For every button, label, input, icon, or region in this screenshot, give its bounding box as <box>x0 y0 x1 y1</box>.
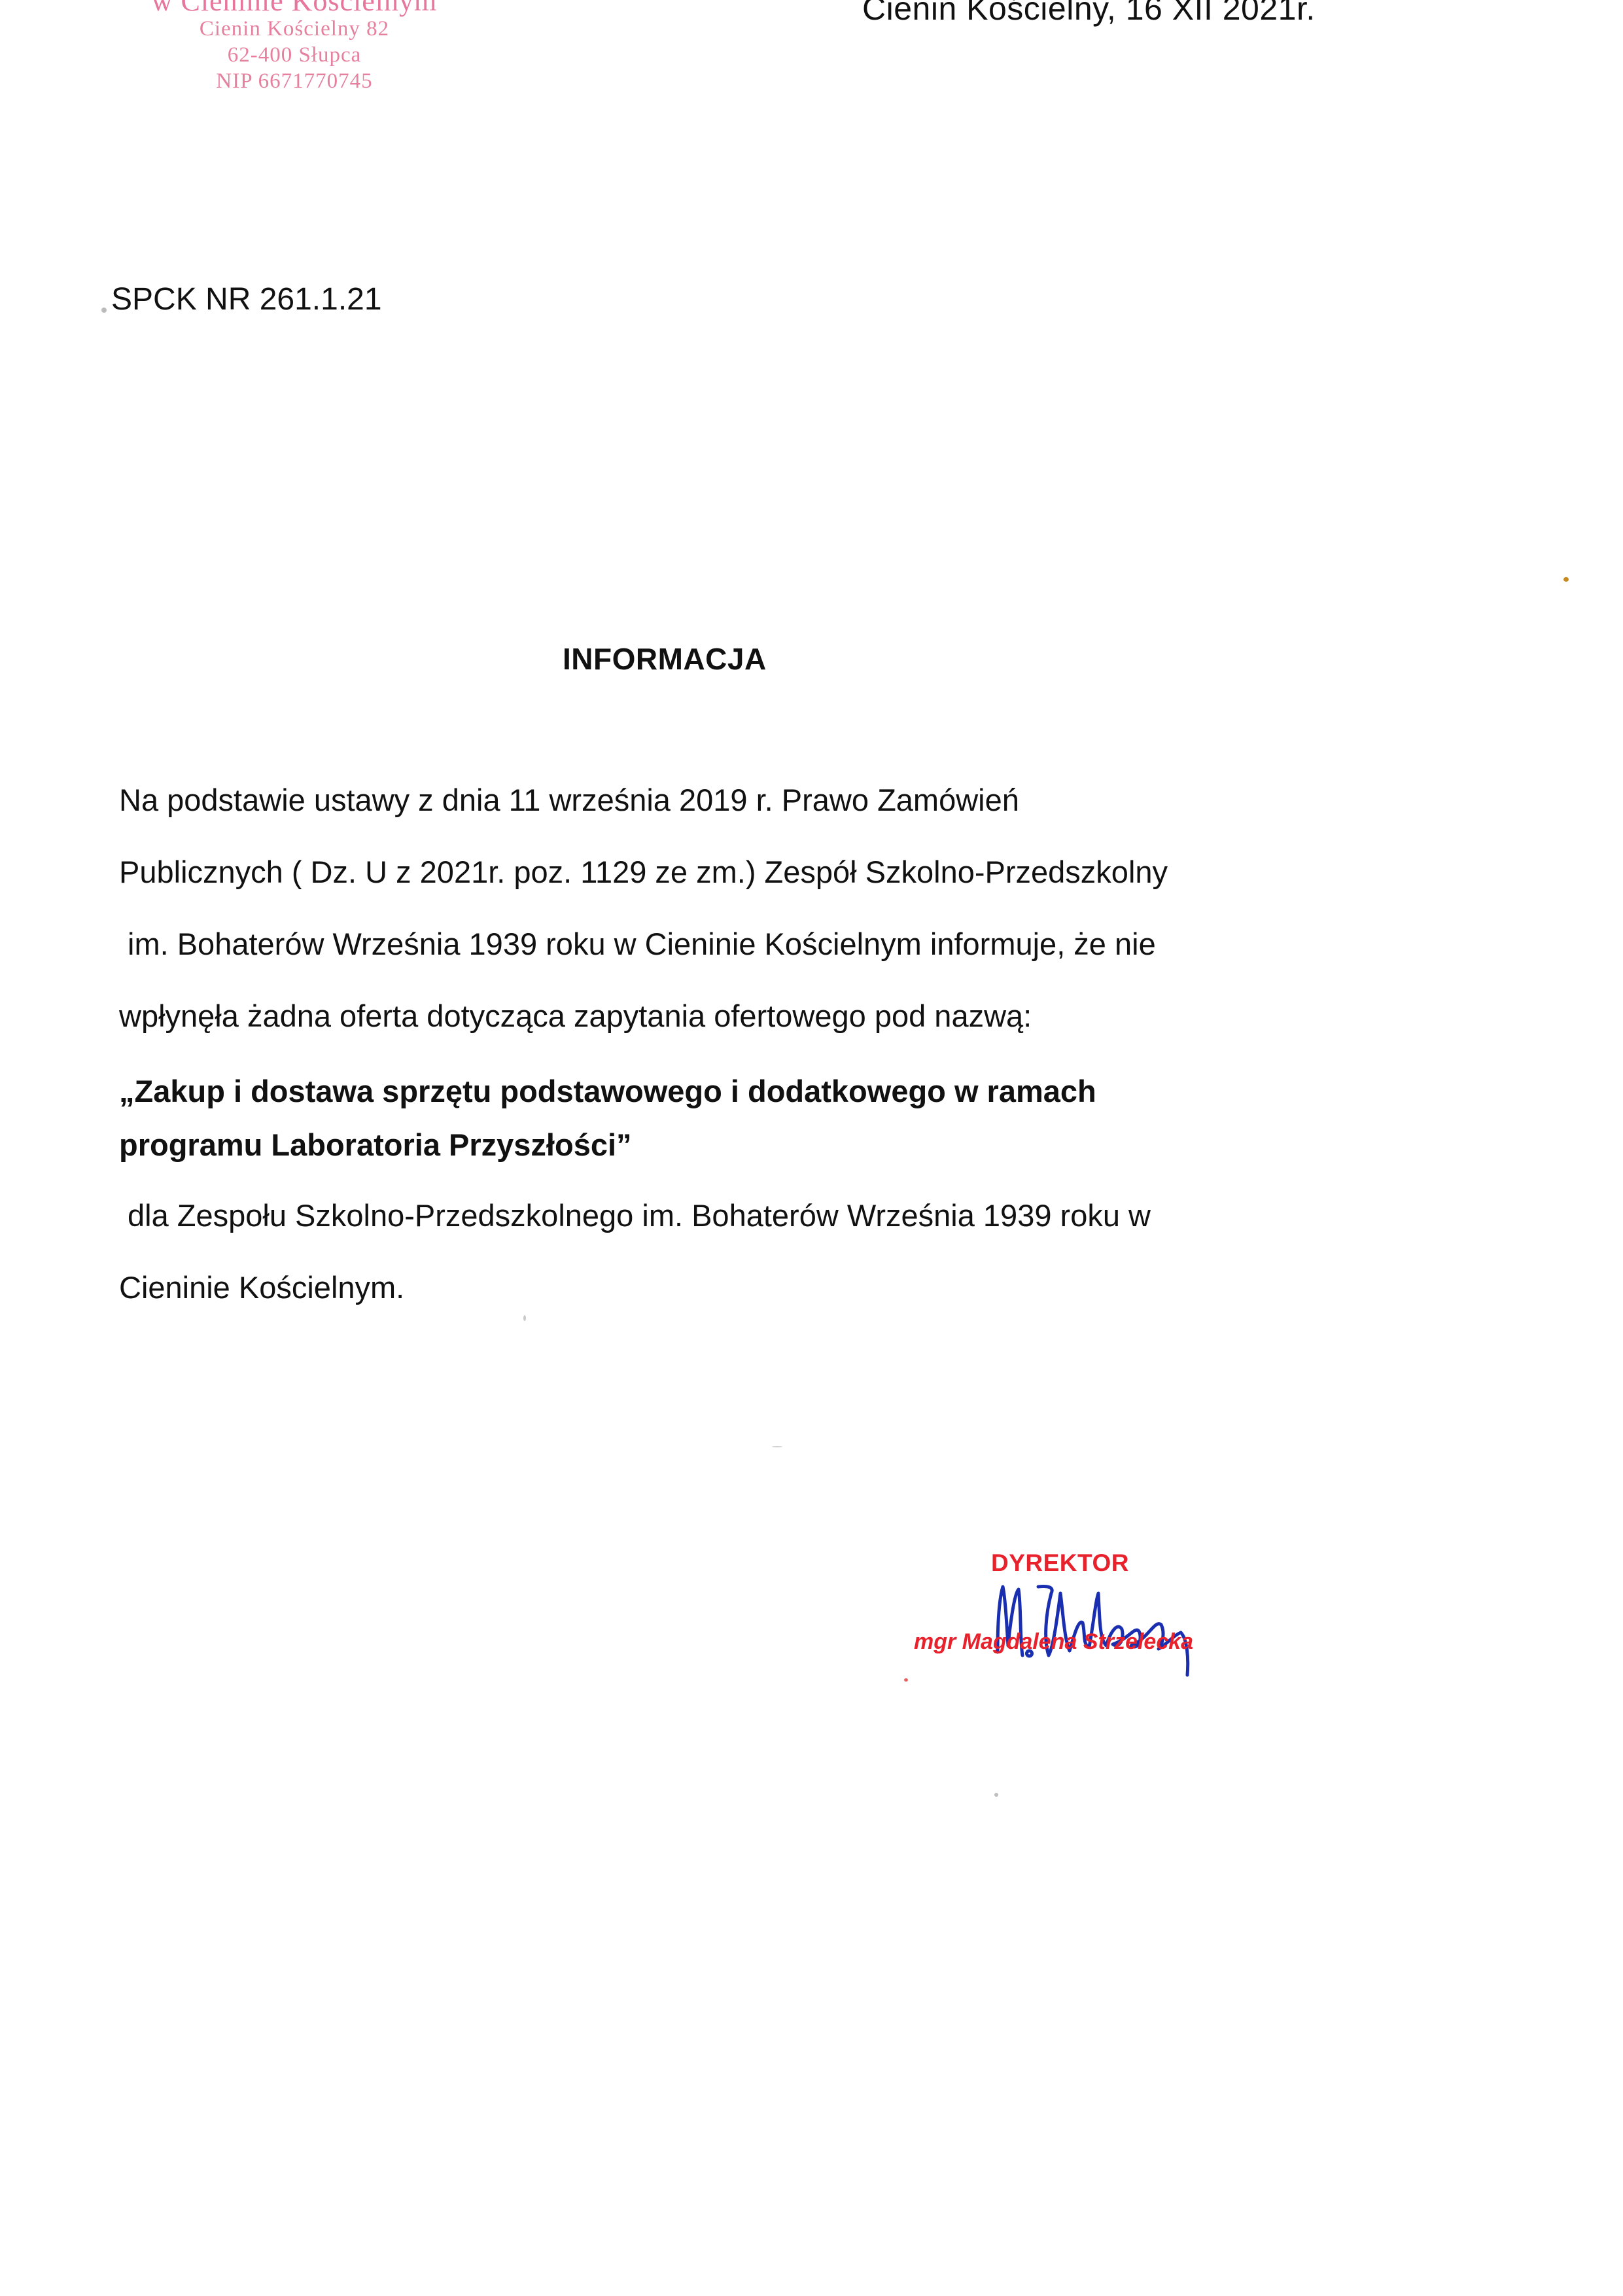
stamp-line: 62-400 Słupca <box>131 42 458 68</box>
stamp-line: Cienin Kościelny 82 <box>131 16 458 42</box>
scan-speck <box>101 308 107 313</box>
reference-number: SPCK NR 261.1.21 <box>111 281 382 317</box>
body-line: Publicznych ( Dz. U z 2021r. poz. 1129 z… <box>119 854 1168 890</box>
procurement-title-line: „Zakup i dostawa sprzętu podstawowego i … <box>119 1073 1096 1109</box>
body-line: im. Bohaterów Września 1939 roku w Cieni… <box>128 926 1156 962</box>
closing-line: Cieninie Kościelnym. <box>119 1269 404 1305</box>
document-title: INFORMACJA <box>563 641 767 677</box>
procurement-title-line: programu Laboratoria Przyszłości” <box>119 1127 632 1163</box>
body-line: wpłynęła żadna oferta dotycząca zapytani… <box>119 998 1032 1034</box>
stamp-line: NIP 6671770745 <box>131 68 458 94</box>
stamp-line: w Cieninie Kościelnym <box>131 0 458 16</box>
signatory-role: DYREKTOR <box>991 1549 1129 1577</box>
scan-speck <box>772 1446 782 1447</box>
handwritten-signature-icon <box>991 1574 1227 1678</box>
scan-speck <box>994 1793 998 1797</box>
scan-speck <box>904 1678 908 1682</box>
school-stamp: w Cieninie Kościelnym Cienin Kościelny 8… <box>131 0 458 94</box>
body-line: Na podstawie ustawy z dnia 11 września 2… <box>119 782 1019 818</box>
place-date: Cienin Kościelny, 16 XII 2021r. <box>862 0 1316 27</box>
scan-speck <box>1563 577 1569 582</box>
scan-speck <box>523 1315 526 1321</box>
signatory-name: mgr Magdalena Strzelecka <box>914 1629 1193 1655</box>
closing-line: dla Zespołu Szkolno-Przedszkolnego im. B… <box>128 1197 1151 1233</box>
